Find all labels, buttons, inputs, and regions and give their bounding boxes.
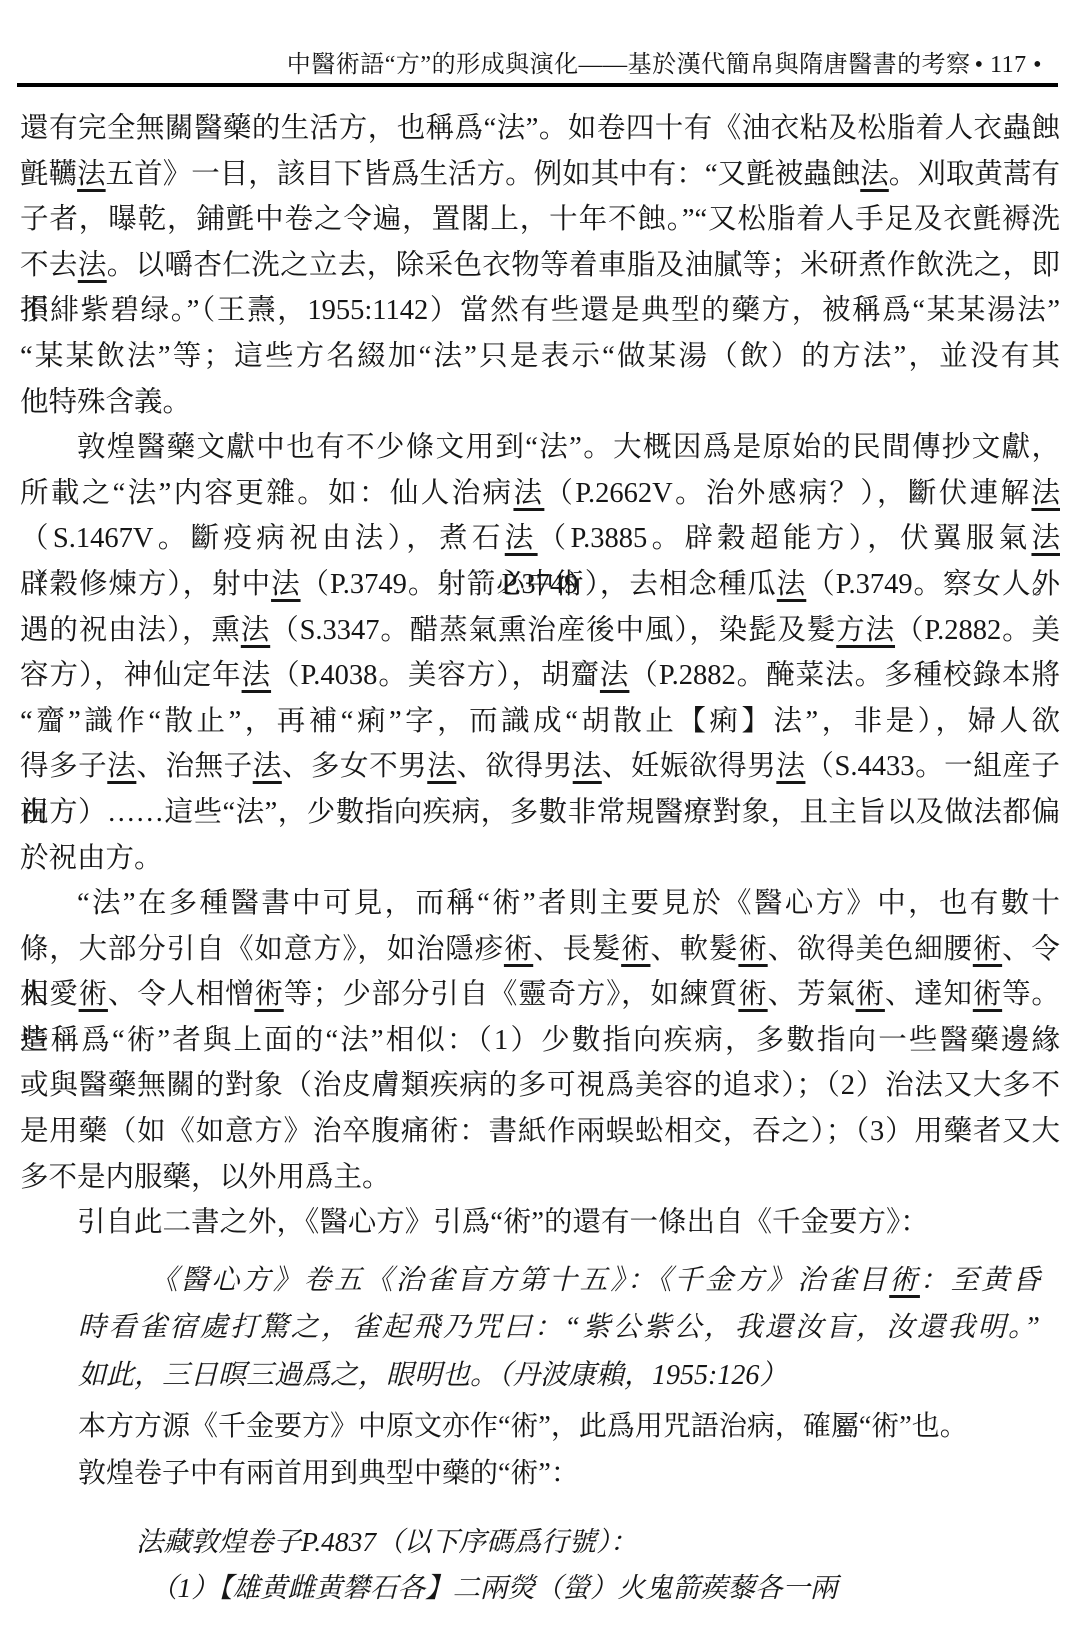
text-segment: 敦煌醫藥文獻中也有不少條文用到“法”。大概因爲是原始的民間傳抄文獻， <box>77 432 1060 463</box>
text-segment: 、芳氣 <box>768 979 856 1010</box>
text-segment: 《醫心方》卷五《治雀盲方第十五》：《千金方》治雀目 <box>150 1265 889 1296</box>
text-segment: 些稱爲“術”者與上面的“法”相似：（1）少數指向疾病，多數指向一些醫藥邊緣 <box>20 1025 1060 1056</box>
text-segment: 、令人相憎 <box>108 979 255 1010</box>
text-line: 敦煌卷子中有兩首用到典型中藥的“術”： <box>78 1450 1060 1497</box>
text-segment: 辟穀修煉方），射中 <box>20 569 271 600</box>
page-body: 還有完全無關醫藥的生活方，也稱爲“法”。如卷四十有《油衣粘及松脂着人衣蟲蝕氈韉法… <box>20 106 1060 1611</box>
underlined-term: 術 <box>889 1265 920 1296</box>
underlined-term: 法 <box>777 569 806 600</box>
running-header: 中醫術語“方”的形成與演化——基於漢代簡帛與隋唐醫書的考察• 117 • <box>20 44 1042 79</box>
text-segment: 子者，曝乾，鋪氈中卷之令遍，置閣上，十年不蝕。”“又松脂着人手足及衣氈褥洗 <box>20 204 1060 235</box>
text-line: “某某飲法”等；這些方名綴加“法”只是表示“做某湯（飲）的方法”，並没有其 <box>20 334 1060 380</box>
text-segment: 。刈取黄蒿有 <box>889 159 1060 190</box>
text-line: 《醫心方》卷五《治雀盲方第十五》：《千金方》治雀目術：至黄昏 <box>78 1257 1040 1305</box>
header-title: 中醫術語“方”的形成與演化——基於漢代簡帛與隋唐醫書的考察 <box>287 52 971 78</box>
text-segment: 得多子 <box>20 751 107 782</box>
text-segment: 如此，三日暝三過爲之，眼明也。（丹波康賴，1955:126） <box>78 1360 787 1391</box>
text-segment: 敦煌卷子中有兩首用到典型中藥的“術”： <box>78 1458 579 1489</box>
text-segment: （P.3749。射箭必中術），去相念種瓜 <box>301 569 777 600</box>
text-line: 由方）……這些“法”，少數指向疾病，多數非常規醫療對象，且主旨以及做法都偏 <box>20 790 1060 836</box>
text-line: 些稱爲“術”者與上面的“法”相似：（1）少數指向疾病，多數指向一些醫藥邊緣 <box>20 1018 1060 1064</box>
text-line: “法”在多種醫書中可見，而稱“術”者則主要見於《醫心方》中，也有數十 <box>20 881 1060 927</box>
underlined-term: 方法 <box>836 615 895 646</box>
text-line: 不去法。以嚼杏仁洗之立去，除采色衣物等着車脂及油膩等；米研煮作飲洗之，即不 <box>20 243 1060 289</box>
text-segment: 相愛 <box>20 979 79 1010</box>
text-line: 是用藥（如《如意方》治卒腹痛術：書紙作兩蜈蚣相交，吞之）；（3）用藥者又大 <box>20 1109 1060 1155</box>
text-line: “齏”識作“散止”，再補“痢”字，而識成“胡散止【痢】法”，非是），婦人欲 <box>20 699 1060 745</box>
text-line: 本方方源《千金要方》中原文亦作“術”，此爲用咒語治病，確屬“術”也。 <box>78 1403 1060 1450</box>
text-line: 所載之“法”内容更雜。如：仙人治病法（P.2662V。治外感病？），斷伏連解法 <box>20 471 1060 517</box>
dunhuang-transcription: 法藏敦煌卷子P.4837（以下序碼爲行號）：（1）【雄黄雌黄礬石各】二兩熒（螢）… <box>20 1519 1060 1611</box>
underlined-term: 法 <box>860 159 889 190</box>
text-segment: 、欲得男 <box>456 751 572 782</box>
text-segment: 不去 <box>20 250 78 281</box>
journal-page: 中醫術語“方”的形成與演化——基於漢代簡帛與隋唐醫書的考察• 117 • 還有完… <box>0 0 1080 1633</box>
underlined-term: 法 <box>78 250 107 281</box>
underlined-term: 術 <box>621 934 650 965</box>
underlined-term: 術 <box>254 979 283 1010</box>
text-segment: （P.2882。美 <box>895 615 1060 646</box>
text-segment: 或與醫藥無關的對象（治皮膚類疾病的多可視爲美容的追求）；（2）治法又大多不 <box>20 1070 1060 1101</box>
text-line: 如此，三日暝三過爲之，眼明也。（丹波康賴，1955:126） <box>78 1352 1040 1400</box>
text-line: 氈韉法五首》一目，該目下皆爲生活方。例如其中有：“又氈被蟲蝕法。刈取黄蒿有 <box>20 152 1060 198</box>
text-line: 法藏敦煌卷子P.4837（以下序碼爲行號）： <box>136 1519 1060 1565</box>
underlined-term: 法 <box>505 523 538 554</box>
text-segment: 、軟髮 <box>650 934 738 965</box>
text-segment: 於祝由方。 <box>20 843 163 874</box>
text-segment: 所載之“法”内容更雜。如：仙人治病 <box>20 478 513 509</box>
text-line: 他特殊含義。 <box>20 380 1060 426</box>
text-segment: 他特殊含義。 <box>20 387 191 418</box>
underlined-term: 法 <box>77 159 106 190</box>
text-segment: “法”在多種醫書中可見，而稱“術”者則主要見於《醫心方》中，也有數十 <box>77 888 1060 919</box>
text-segment: （S.1467V。斷疫病祝由法），煮石 <box>20 523 505 554</box>
text-line: 敦煌醫藥文獻中也有不少條文用到“法”。大概因爲是原始的民間傳抄文獻， <box>20 425 1060 471</box>
main-text: 還有完全無關醫藥的生活方，也稱爲“法”。如卷四十有《油衣粘及松脂着人衣蟲蝕氈韉法… <box>20 106 1060 1246</box>
underlined-term: 術 <box>504 934 533 965</box>
text-line: 相愛術、令人相憎術等；少部分引自《靈奇方》，如練質術、芳氣術、達知術等。這 <box>20 972 1060 1018</box>
text-segment: 還有完全無關醫藥的生活方，也稱爲“法”。如卷四十有《油衣粘及松脂着人衣蟲蝕 <box>20 113 1060 144</box>
text-segment: 時看雀宿處打驚之，雀起飛乃咒曰：“紫公紫公，我還汝盲，汝還我明。” <box>78 1312 1040 1343</box>
text-segment: 遇的祝由法），熏 <box>20 615 241 646</box>
text-segment: （P.4038。美容方），胡齏 <box>271 660 600 691</box>
text-segment: 本方方源《千金要方》中原文亦作“術”，此爲用咒語治病，確屬“術”也。 <box>78 1411 968 1442</box>
page-number: • 117 • <box>975 52 1042 78</box>
text-segment: “齏”識作“散止”，再補“痢”字，而識成“胡散止【痢】法”，非是），婦人欲 <box>20 706 1060 737</box>
underlined-term: 法 <box>427 751 456 782</box>
text-segment: 引自此二書之外，《醫心方》引爲“術”的還有一條出自《千金要方》： <box>77 1207 929 1238</box>
underlined-term: 法 <box>1031 478 1060 509</box>
underlined-term: 法 <box>107 751 136 782</box>
text-segment: 五首》一目，該目下皆爲生活方。例如其中有：“又氈被蟲蝕 <box>106 159 861 190</box>
text-line: （1）【雄黄雌黄礬石各】二兩熒（螢）火鬼箭蒺藜各一兩 <box>150 1565 1060 1611</box>
text-segment: 、妊娠欲得男 <box>602 751 777 782</box>
header-rule <box>17 83 1058 87</box>
text-segment: （P.2882。醃菜法。多種校錄本將 <box>629 660 1060 691</box>
text-segment: （S.3347。醋蒸氣熏治産後中風），染髭及髮 <box>270 615 836 646</box>
underlined-term: 法 <box>573 751 602 782</box>
text-segment: （P.3749。察女人外 <box>806 569 1060 600</box>
text-line: 或與醫藥無關的對象（治皮膚類疾病的多可視爲美容的追求）；（2）治法又大多不 <box>20 1063 1060 1109</box>
text-segment: 、治無子 <box>136 751 252 782</box>
text-segment: 、多女不男 <box>282 751 427 782</box>
text-segment: 多不是内服藥，以外用爲主。 <box>20 1162 391 1193</box>
underlined-term: 術 <box>856 979 885 1010</box>
text-segment: “某某飲法”等；這些方名綴加“法”只是表示“做某湯（飲）的方法”，並没有其 <box>20 341 1060 372</box>
text-segment: 法藏敦煌卷子P.4837（以下序碼爲行號）： <box>136 1526 637 1557</box>
text-line: 條，大部分引自《如意方》，如治隱疹術、長髮術、軟髮術、欲得美色細腰術、令人 <box>20 927 1060 973</box>
text-line: 遇的祝由法），熏法（S.3347。醋蒸氣熏治産後中風），染髭及髮方法（P.288… <box>20 608 1060 654</box>
underlined-term: 法 <box>776 751 805 782</box>
text-line: （S.1467V。斷疫病祝由法），煮石法（P.3885。辟穀超能方），伏翼服氣法… <box>20 516 1060 562</box>
text-line: 於祝由方。 <box>20 836 1060 882</box>
text-segment: ：至黄昏 <box>920 1265 1040 1296</box>
underlined-term: 法 <box>253 751 282 782</box>
underlined-term: 術 <box>973 934 1002 965</box>
text-line: 辟穀修煉方），射中法（P.3749。射箭必中術），去相念種瓜法（P.3749。察… <box>20 562 1060 608</box>
text-segment: 氈韉 <box>20 159 77 190</box>
text-segment: 損緋紫碧绿。”（王燾，1955:1142）當然有些還是典型的藥方，被稱爲“某某湯… <box>20 295 1060 326</box>
text-segment: （P.3885。辟穀超能方），伏翼服氣 <box>538 523 1032 554</box>
underlined-term: 術 <box>738 934 767 965</box>
underlined-term: 術 <box>973 979 1002 1010</box>
text-segment: 、長髮 <box>533 934 621 965</box>
underlined-term: 術 <box>738 979 767 1010</box>
text-segment: 、達知 <box>885 979 973 1010</box>
underlined-term: 法 <box>242 660 271 691</box>
text-line: 得多子法、治無子法、多女不男法、欲得男法、妊娠欲得男法（S.4433。一組産子祝 <box>20 744 1060 790</box>
discussion-paragraph: 本方方源《千金要方》中原文亦作“術”，此爲用咒語治病，確屬“術”也。敦煌卷子中有… <box>78 1403 1060 1497</box>
underlined-term: 法 <box>600 660 629 691</box>
text-segment: 等；少部分引自《靈奇方》，如練質 <box>284 979 739 1010</box>
text-line: 子者，曝乾，鋪氈中卷之令遍，置閣上，十年不蝕。”“又松脂着人手足及衣氈褥洗 <box>20 197 1060 243</box>
text-line: 還有完全無關醫藥的生活方，也稱爲“法”。如卷四十有《油衣粘及松脂着人衣蟲蝕 <box>20 106 1060 152</box>
text-segment: 是用藥（如《如意方》治卒腹痛術：書紙作兩蜈蚣相交，吞之）；（3）用藥者又大 <box>20 1116 1060 1147</box>
text-line: 多不是内服藥，以外用爲主。 <box>20 1155 1060 1201</box>
underlined-term: 法 <box>1031 523 1060 554</box>
text-line: 引自此二書之外，《醫心方》引爲“術”的還有一條出自《千金要方》： <box>20 1200 1060 1246</box>
text-line: 損緋紫碧绿。”（王燾，1955:1142）當然有些還是典型的藥方，被稱爲“某某湯… <box>20 288 1060 334</box>
underlined-term: 術 <box>79 979 108 1010</box>
underlined-term: 法 <box>513 478 544 509</box>
text-segment: 、欲得美色細腰 <box>768 934 973 965</box>
text-segment: （1）【雄黄雌黄礬石各】二兩熒（螢）火鬼箭蒺藜各一兩 <box>150 1572 838 1603</box>
underlined-term: 法 <box>241 615 270 646</box>
text-segment: 由方）……這些“法”，少數指向疾病，多數非常規醫療對象，且主旨以及做法都偏 <box>20 797 1060 828</box>
text-line: 容方），神仙定年法（P.4038。美容方），胡齏法（P.2882。醃菜法。多種校… <box>20 653 1060 699</box>
text-line: 時看雀宿處打驚之，雀起飛乃咒曰：“紫公紫公，我還汝盲，汝還我明。” <box>78 1304 1040 1352</box>
text-segment: 條，大部分引自《如意方》，如治隱疹 <box>20 934 504 965</box>
text-segment: 容方），神仙定年 <box>20 660 242 691</box>
blockquote-yixinfang: 《醫心方》卷五《治雀盲方第十五》：《千金方》治雀目術：至黄昏時看雀宿處打驚之，雀… <box>78 1257 1040 1400</box>
underlined-term: 法 <box>271 569 300 600</box>
text-segment: （P.2662V。治外感病？），斷伏連解 <box>544 478 1031 509</box>
